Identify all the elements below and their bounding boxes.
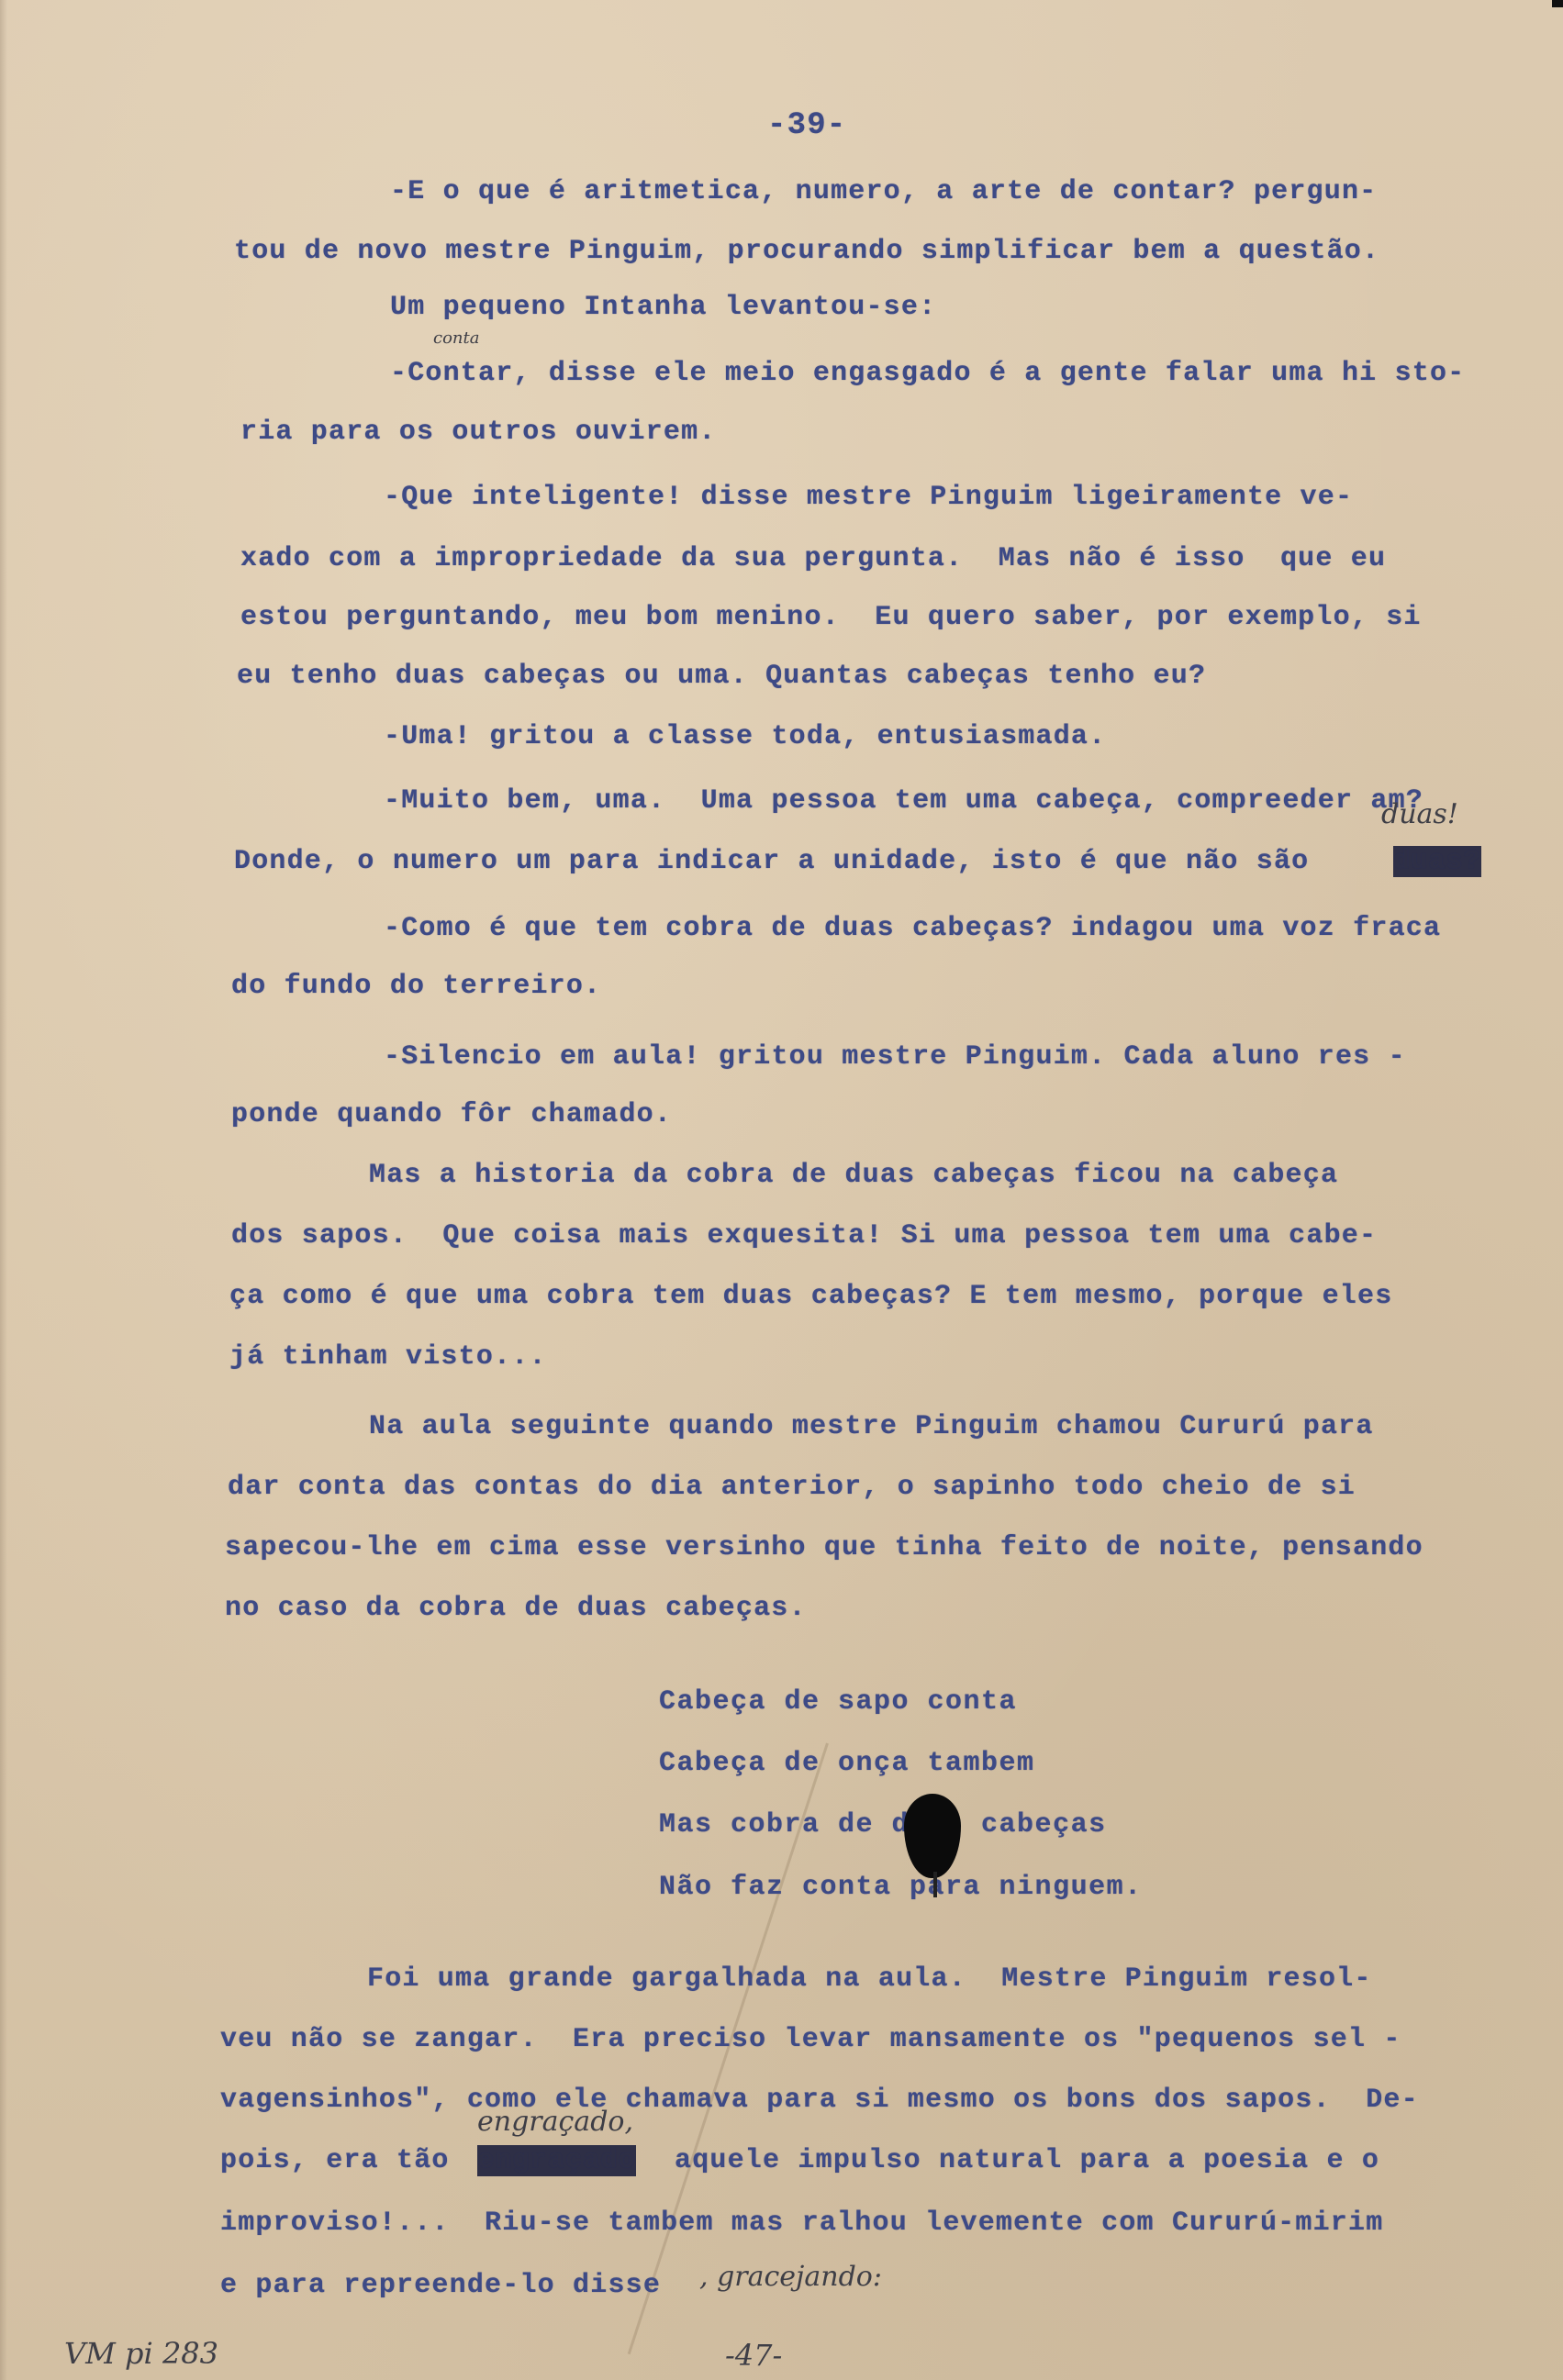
text-line: Donde, o numero um para indicar a unidad… [234,846,1309,877]
text-line: xado com a impropriedade da sua pergunta… [240,543,1386,574]
scan-corner-mark [1552,0,1563,7]
manuscript-page: -39- -E o que é aritmetica, numero, a ar… [0,0,1563,2380]
handwritten-addition: , gracejando: [699,2261,882,2293]
text-line: estou perguntando, meu bom menino. Eu qu… [240,602,1422,633]
ink-blot-drip [933,1872,937,1897]
archive-mark: VM pi 283 [64,2336,218,2371]
ink-blot [904,1794,961,1878]
text-line: sapecou-lhe em cima esse versinho que ti… [225,1532,1423,1563]
text-line: ça como é que uma cobra tem duas cabeças… [229,1281,1392,1312]
text-line: tou de novo mestre Pinguim, procurando s… [234,236,1379,267]
text-line: -E o que é aritmetica, numero, a arte de… [390,176,1377,207]
text-line: veu não se zangar. Era preciso levar man… [220,2024,1401,2055]
text-line: Foi uma grande gargalhada na aula. Mestr… [367,1963,1372,1995]
handwritten-correction: engraçado, [477,2106,633,2138]
handwritten-correction: duas! [1381,798,1458,830]
handwritten-annotation: conta [433,328,479,348]
text-line: pois, era tão [220,2145,450,2176]
text-line: aquele impulso natural para a poesia e o [675,2145,1379,2176]
text-line: do fundo do terreiro. [231,971,601,1002]
text-line: no caso da cobra de duas cabeças. [225,1593,807,1624]
text-line: Mas a historia da cobra de duas cabeças … [369,1160,1338,1191]
text-line: dos sapos. Que coisa mais exquesita! Si … [231,1220,1377,1251]
text-line: -Como é que tem cobra de duas cabeças? i… [384,913,1441,944]
struck-word: engraçado [477,2145,636,2176]
text-line: eu tenho duas cabeças ou uma. Quantas ca… [237,661,1206,692]
text-line: -Silencio em aula! gritou mestre Pinguim… [384,1041,1406,1073]
handwritten-page-number: -47- [725,2338,782,2373]
text-line: improviso!... Riu-se tambem mas ralhou l… [220,2208,1383,2239]
text-line: -Uma! gritou a classe toda, entusiasmada… [384,721,1106,752]
text-line: -Que inteligente! disse mestre Pinguim l… [384,482,1353,513]
verse-line: Cabeça de onça tambem [659,1748,1035,1779]
text-line: vagensinhos", como ele chamava para si m… [220,2085,1419,2116]
text-line: -Contar, disse ele meio engasgado é a ge… [390,358,1465,389]
verse-line: Mas cobra de duas cabeças [659,1809,1107,1841]
verse-line: Não faz conta para ninguem. [659,1872,1143,1903]
text-line: ponde quando fôr chamado. [231,1099,672,1130]
text-line: ria para os outros ouvirem. [240,417,716,448]
text-line: e para repreende-lo disse [220,2270,661,2301]
paper-edge-shadow [0,0,7,2380]
text-line: Um pequeno Intanha levantou-se: [390,292,936,323]
typed-page-number: -39- [767,108,846,143]
text-line: dar conta das contas do dia anterior, o … [228,1472,1356,1503]
struck-word: duas? [1393,846,1481,877]
text-line: -Muito bem, uma. Uma pessoa tem uma cabe… [384,785,1423,817]
text-line: Na aula seguinte quando mestre Pinguim c… [369,1411,1374,1442]
verse-line: Cabeça de sapo conta [659,1686,1017,1718]
text-line: já tinham visto... [229,1341,547,1373]
